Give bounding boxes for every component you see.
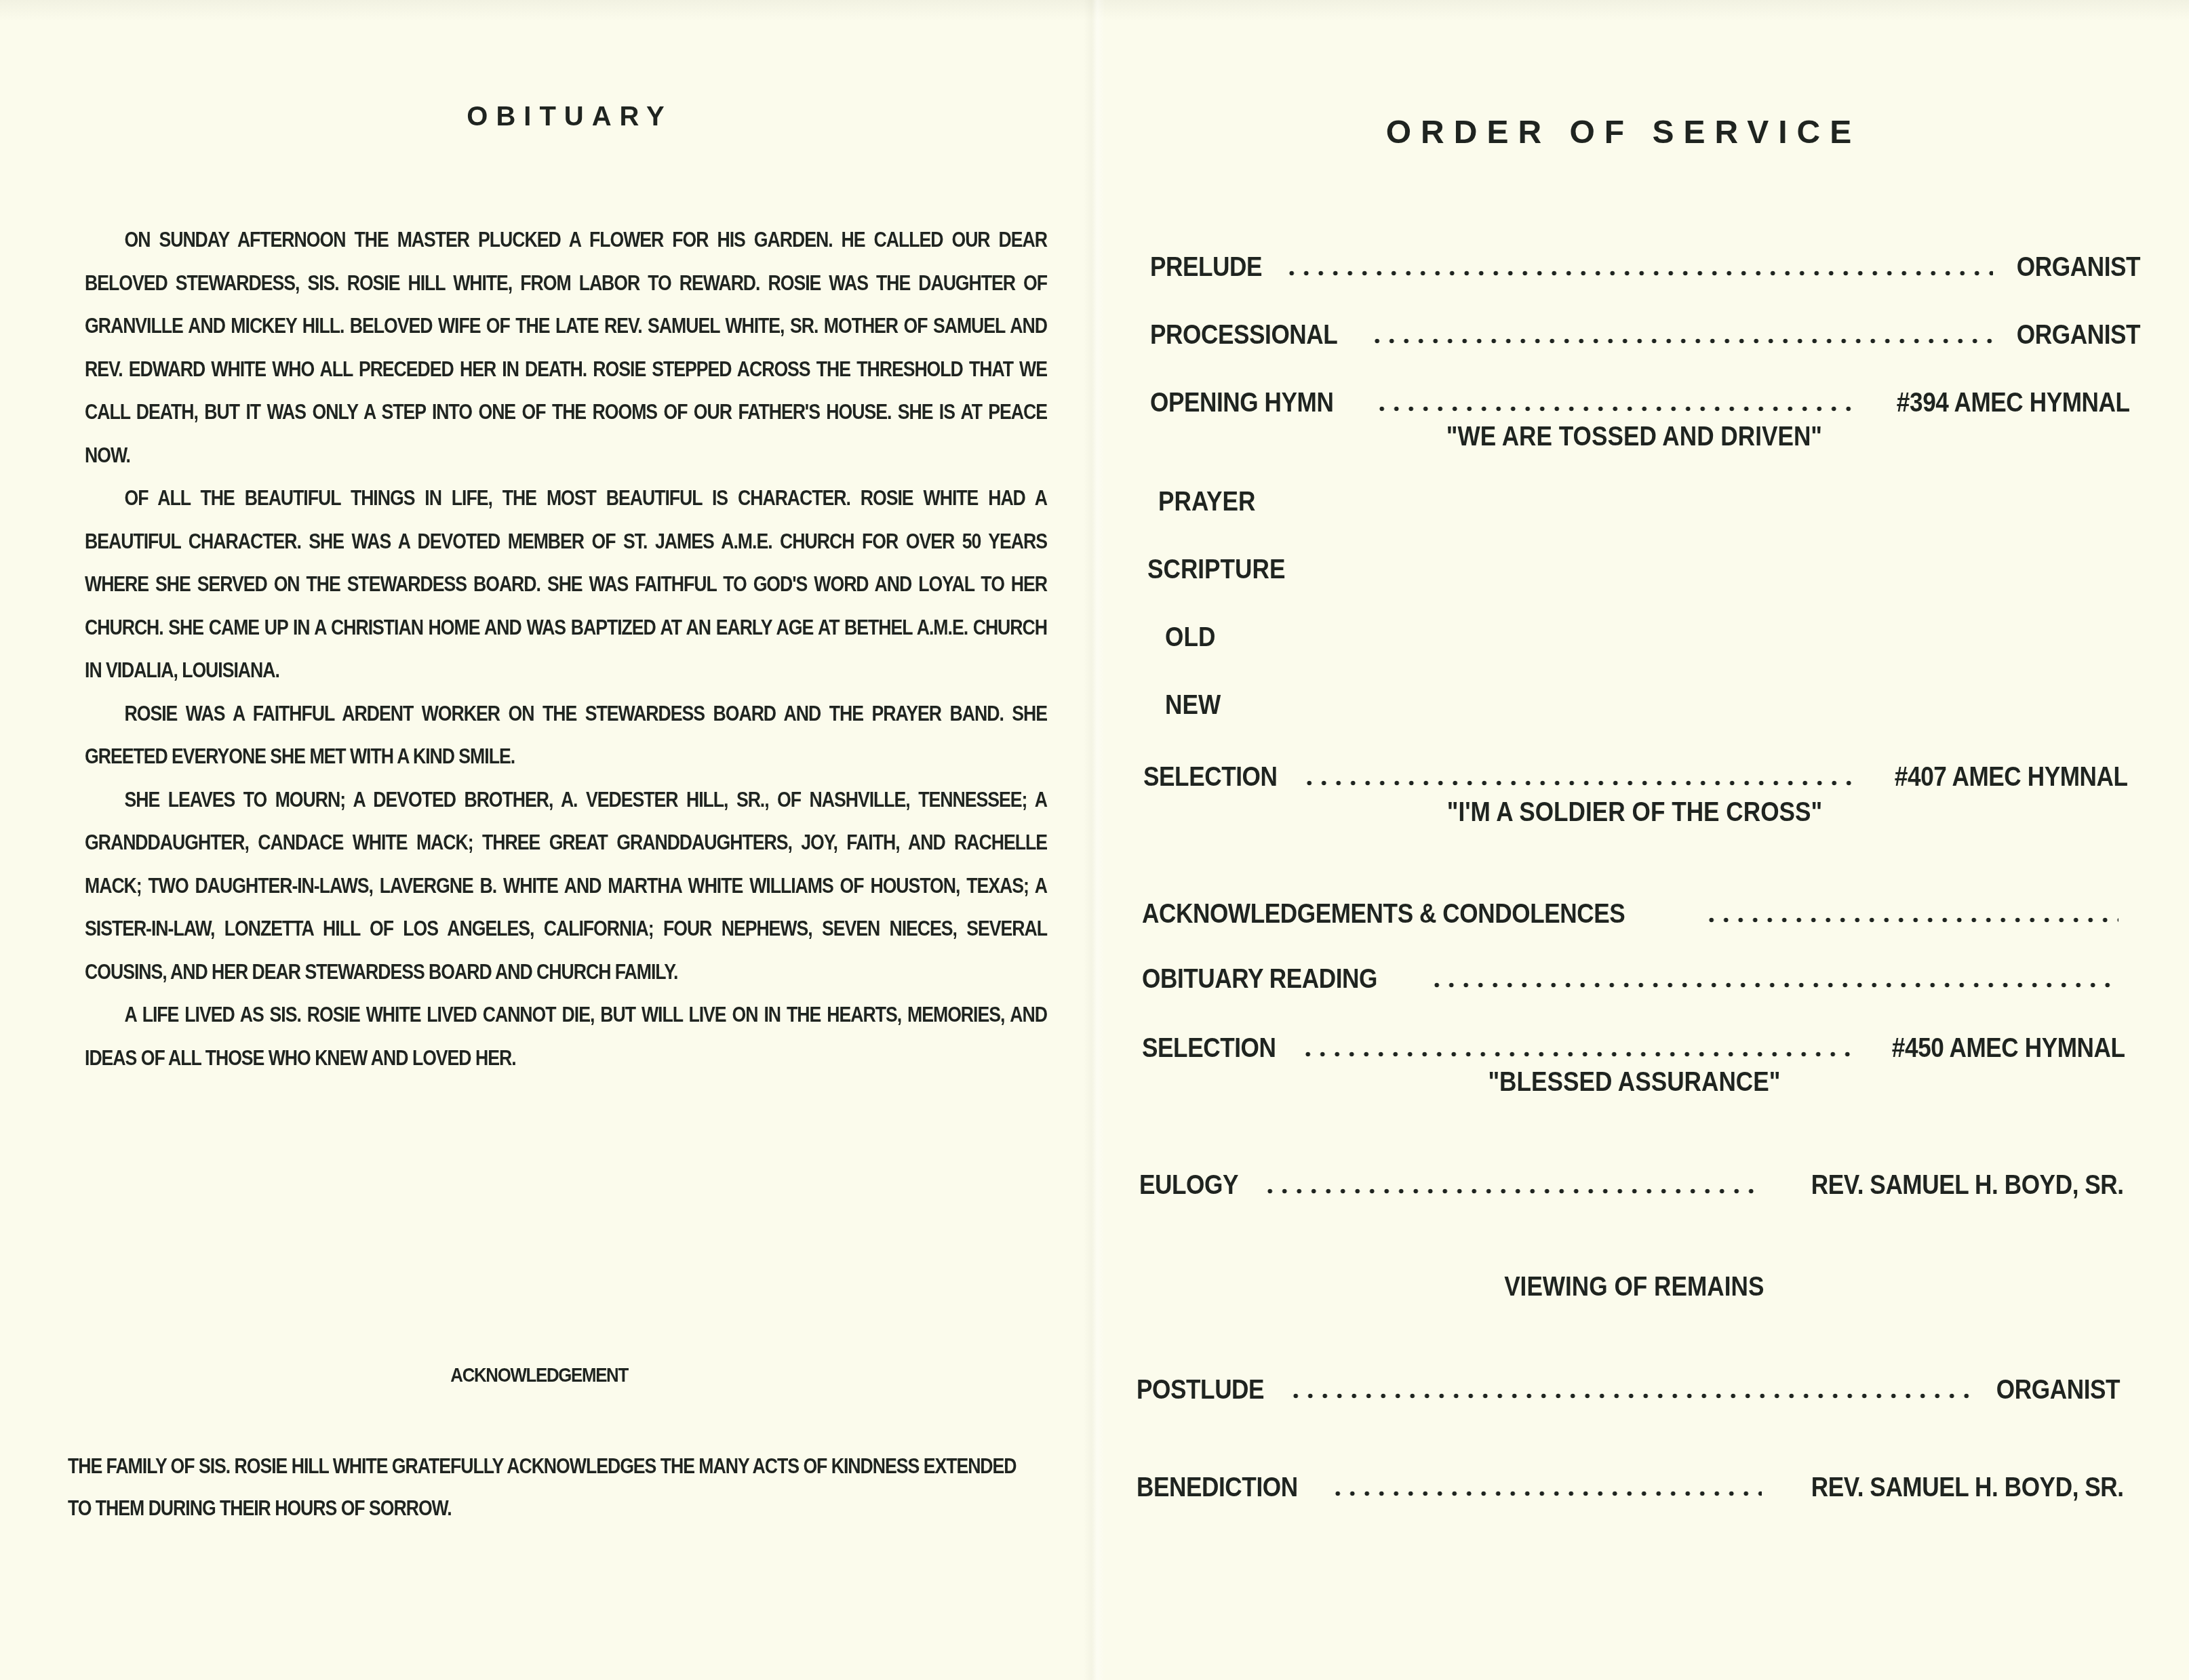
service-item-label: NEW bbox=[1165, 690, 1221, 721]
service-item-label: SELECTION bbox=[1143, 762, 1277, 793]
service-item-prayer: PRAYER bbox=[1158, 487, 1269, 517]
service-item-label: OLD bbox=[1165, 622, 1215, 653]
service-item-value: ORGANIST bbox=[2017, 320, 2140, 351]
service-item-new-testament: NEW bbox=[1165, 690, 1228, 721]
acknowledgement-text: The family of Sis. Rosie Hill White grat… bbox=[68, 1445, 1039, 1529]
dot-leader bbox=[1429, 981, 2118, 989]
service-item-value: REV. SAMUEL H. BOYD, SR. bbox=[1811, 1170, 2124, 1201]
dot-leader bbox=[1302, 779, 1856, 787]
obituary-paragraph: She leaves to mourn; a devoted brother, … bbox=[85, 778, 1047, 994]
service-item-label: OBITUARY READING bbox=[1142, 964, 1377, 995]
service-item-viewing-of-remains: VIEWING OF REMAINS bbox=[1105, 1272, 2163, 1302]
dot-leader bbox=[1288, 1392, 1973, 1400]
obituary-paragraph: Rosie was a faithful ardent worker on th… bbox=[85, 692, 1047, 778]
service-item-processional: PROCESSIONAL ORGANIST bbox=[1150, 320, 2140, 351]
service-item-value: REV. SAMUEL H. BOYD, SR. bbox=[1811, 1473, 2124, 1503]
dot-leader bbox=[1263, 1187, 1762, 1195]
dot-leader bbox=[1370, 337, 1993, 345]
obituary-body: On Sunday afternoon the Master plucked a… bbox=[85, 218, 913, 1079]
obituary-paragraph: Of all the beautiful things in life, the… bbox=[85, 477, 1047, 692]
dot-leader bbox=[1704, 916, 2118, 924]
acknowledgement-body: The family of Sis. Rosie Hill White grat… bbox=[68, 1445, 896, 1529]
service-item-acknowledgements: ACKNOWLEDGEMENTS & CONDOLENCES bbox=[1142, 899, 2125, 929]
service-item-label: PRELUDE bbox=[1150, 252, 1262, 283]
service-item-label: PROCESSIONAL bbox=[1150, 320, 1337, 351]
dot-leader bbox=[1301, 1050, 1853, 1058]
hymn-title-text: "BLESSED ASSURANCE" bbox=[1488, 1067, 1780, 1098]
obituary-paragraph: A life lived as Sis. Rosie White lived c… bbox=[85, 993, 1047, 1079]
dot-leader bbox=[1330, 1489, 1762, 1498]
service-item-postlude: POSTLUDE ORGANIST bbox=[1137, 1375, 2120, 1405]
service-item-label: VIEWING OF REMAINS bbox=[1504, 1272, 1764, 1302]
hymn-title: "I'M A SOLDIER OF THE CROSS" bbox=[1105, 797, 2163, 828]
service-item-old-testament: OLD bbox=[1165, 622, 1222, 653]
service-item-value: #450 AMEC HYMNAL bbox=[1892, 1033, 2125, 1064]
order-of-service-page: ORDER OF SERVICE PRELUDE ORGANIST PROCES… bbox=[1094, 0, 2189, 1680]
service-item-benediction: BENEDICTION REV. SAMUEL H. BOYD, SR. bbox=[1137, 1473, 2124, 1503]
service-item-value: #407 AMEC HYMNAL bbox=[1895, 762, 2128, 793]
obituary-paragraph: On Sunday afternoon the Master plucked a… bbox=[85, 218, 1047, 477]
hymn-title: "WE ARE TOSSED AND DRIVEN" bbox=[1105, 422, 2163, 452]
dot-leader bbox=[1284, 269, 1993, 277]
hymn-title-text: "WE ARE TOSSED AND DRIVEN" bbox=[1446, 422, 1822, 452]
service-item-label: OPENING HYMN bbox=[1150, 388, 1333, 418]
service-item-scripture: SCRIPTURE bbox=[1147, 555, 1304, 585]
service-item-obituary-reading: OBITUARY READING bbox=[1142, 964, 2125, 995]
service-item-selection-1: SELECTION #407 AMEC HYMNAL bbox=[1143, 762, 2128, 793]
dot-leader bbox=[1375, 405, 1858, 413]
obituary-title: OBITUARY bbox=[0, 102, 1139, 132]
service-item-value: ORGANIST bbox=[2017, 252, 2140, 283]
order-of-service-title: ORDER OF SERVICE bbox=[1094, 114, 2152, 151]
service-item-value: ORGANIST bbox=[1996, 1375, 2120, 1405]
service-item-selection-2: SELECTION #450 AMEC HYMNAL bbox=[1142, 1033, 2125, 1064]
service-item-label: ACKNOWLEDGEMENTS & CONDOLENCES bbox=[1142, 899, 1625, 929]
service-item-opening-hymn: OPENING HYMN #394 AMEC HYMNAL bbox=[1150, 388, 2130, 418]
service-item-label: EULOGY bbox=[1139, 1170, 1238, 1201]
acknowledgement-title: ACKNOWLEDGEMENT bbox=[0, 1364, 1078, 1387]
service-item-label: BENEDICTION bbox=[1137, 1473, 1298, 1503]
hymn-title: "BLESSED ASSURANCE" bbox=[1105, 1067, 2163, 1098]
hymn-title-text: "I'M A SOLDIER OF THE CROSS" bbox=[1446, 797, 1821, 828]
service-item-label: POSTLUDE bbox=[1137, 1375, 1264, 1405]
service-item-label: SELECTION bbox=[1142, 1033, 1276, 1064]
obituary-page: OBITUARY On Sunday afternoon the Master … bbox=[0, 0, 1092, 1680]
service-item-label: PRAYER bbox=[1158, 487, 1255, 517]
service-item-prelude: PRELUDE ORGANIST bbox=[1150, 252, 2140, 283]
service-item-label: SCRIPTURE bbox=[1147, 555, 1285, 585]
service-item-value: #394 AMEC HYMNAL bbox=[1897, 388, 2130, 418]
service-item-eulogy: EULOGY REV. SAMUEL H. BOYD, SR. bbox=[1139, 1170, 2124, 1201]
acknowledgement-title-text: ACKNOWLEDGEMENT bbox=[450, 1364, 628, 1387]
